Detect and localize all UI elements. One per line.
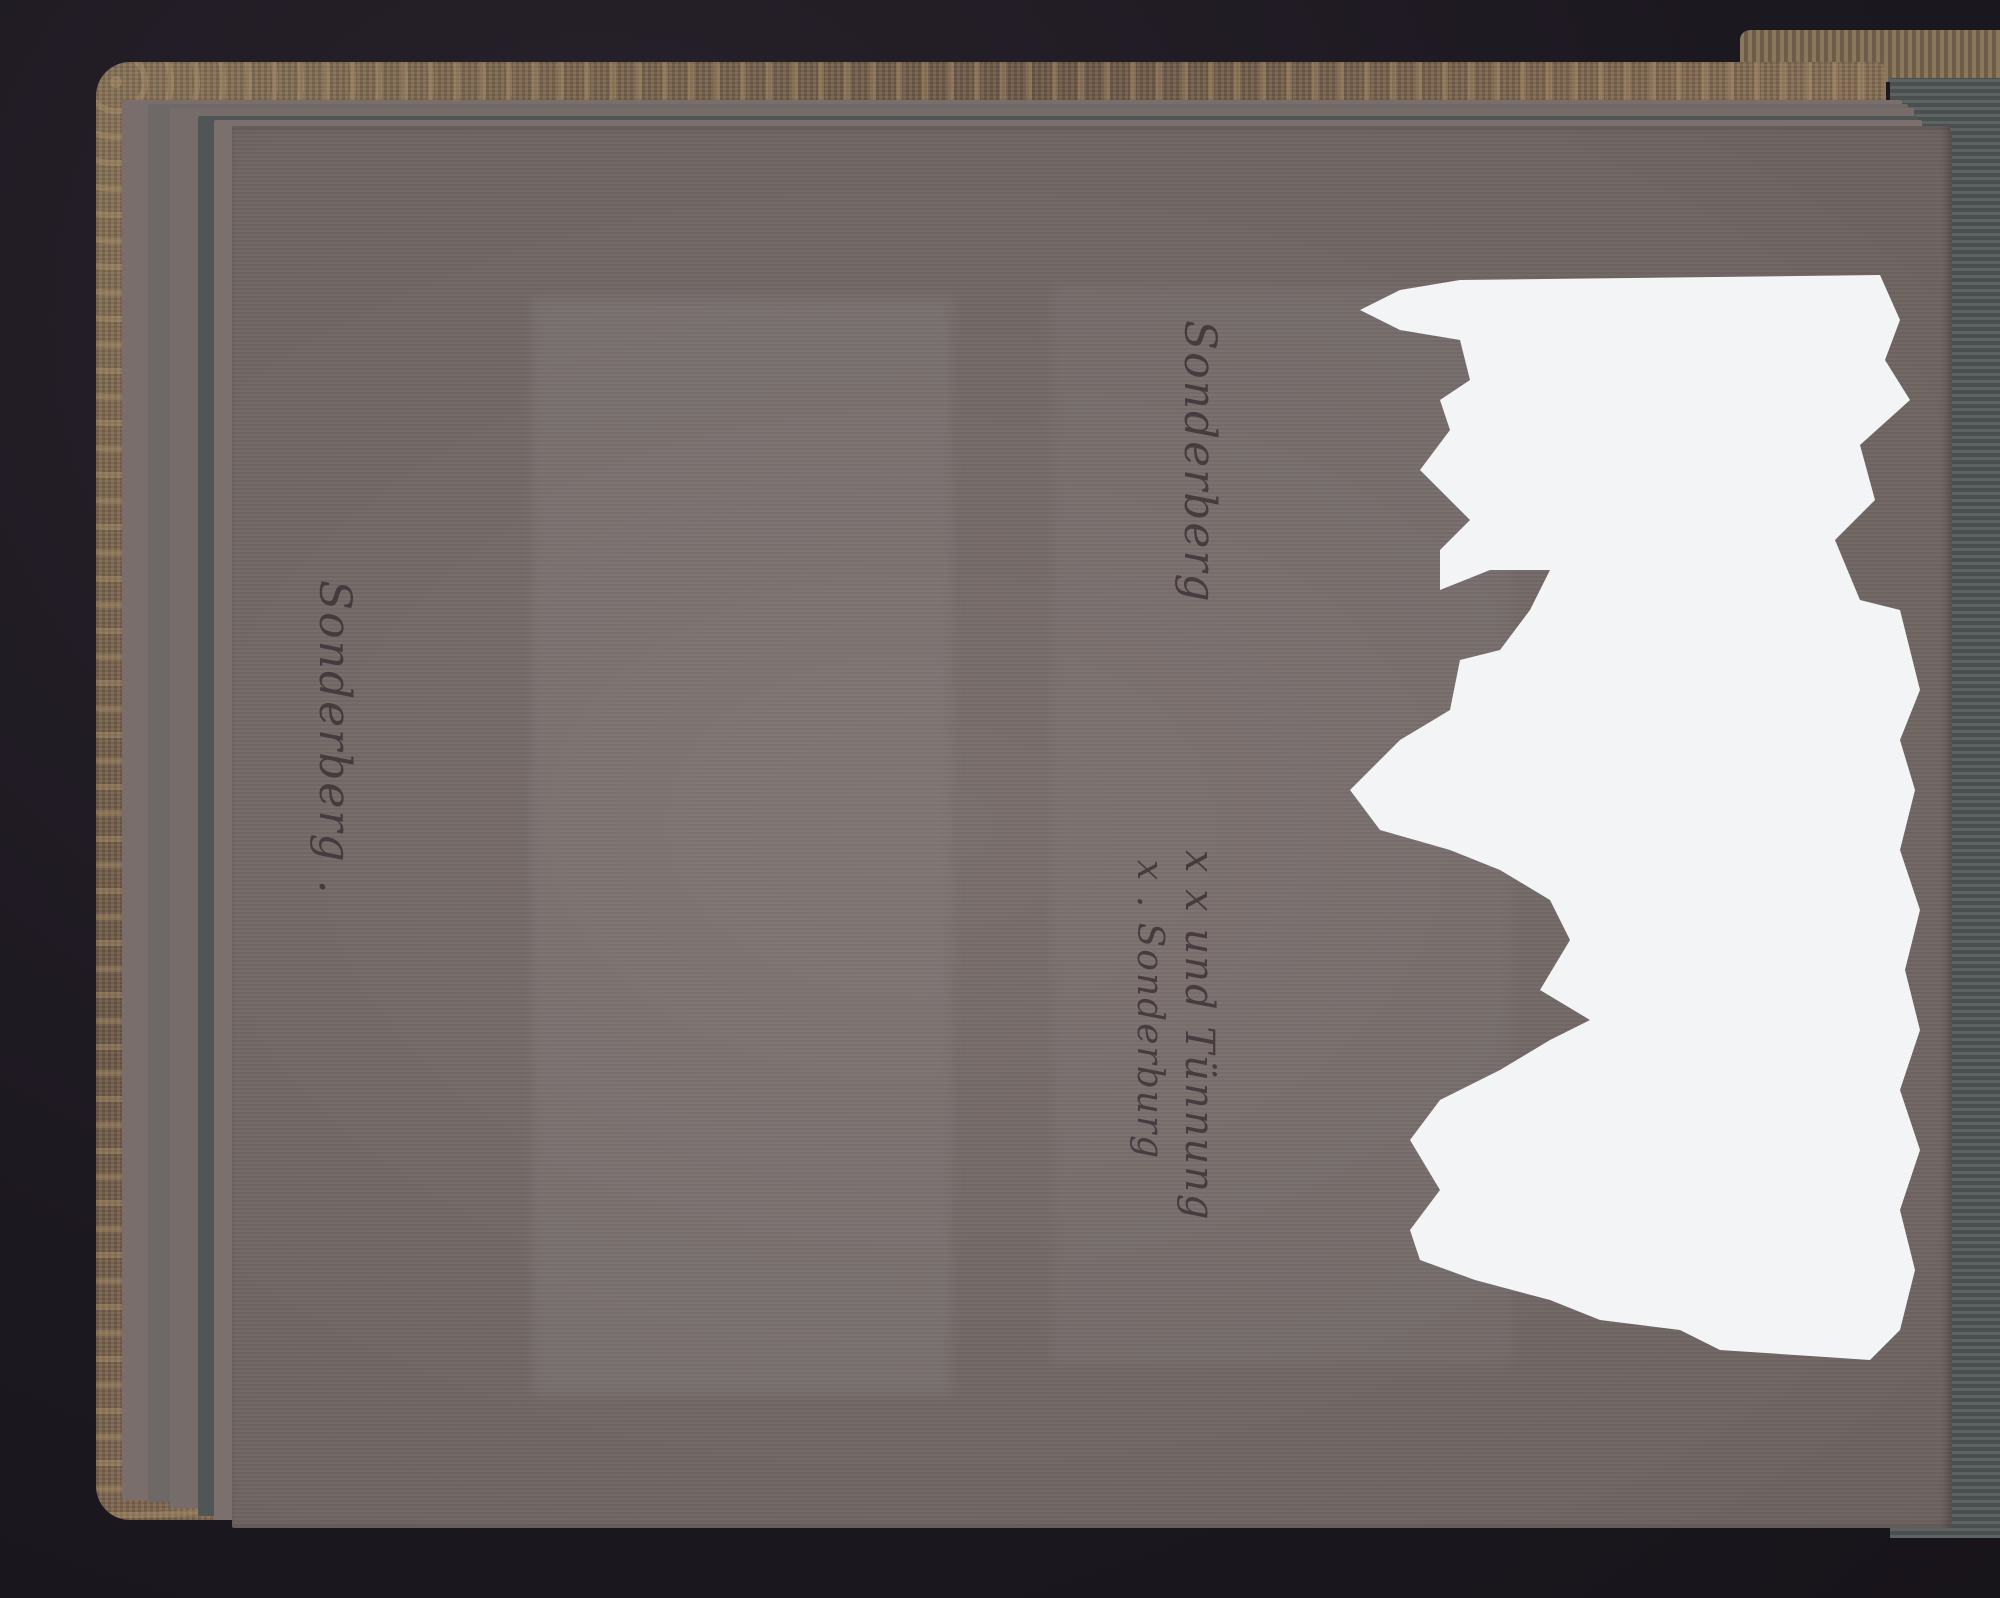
photo-ghost-mark xyxy=(532,296,952,1396)
handwritten-caption: Sonderberg . xyxy=(309,580,360,896)
torn-photo-remnant xyxy=(1300,270,1920,1365)
handwritten-caption: Sonderberg xyxy=(1174,320,1225,604)
handwritten-caption: x . Sonderburg xyxy=(1129,860,1170,1160)
handwritten-caption: x x und Tünnung xyxy=(1176,850,1222,1221)
